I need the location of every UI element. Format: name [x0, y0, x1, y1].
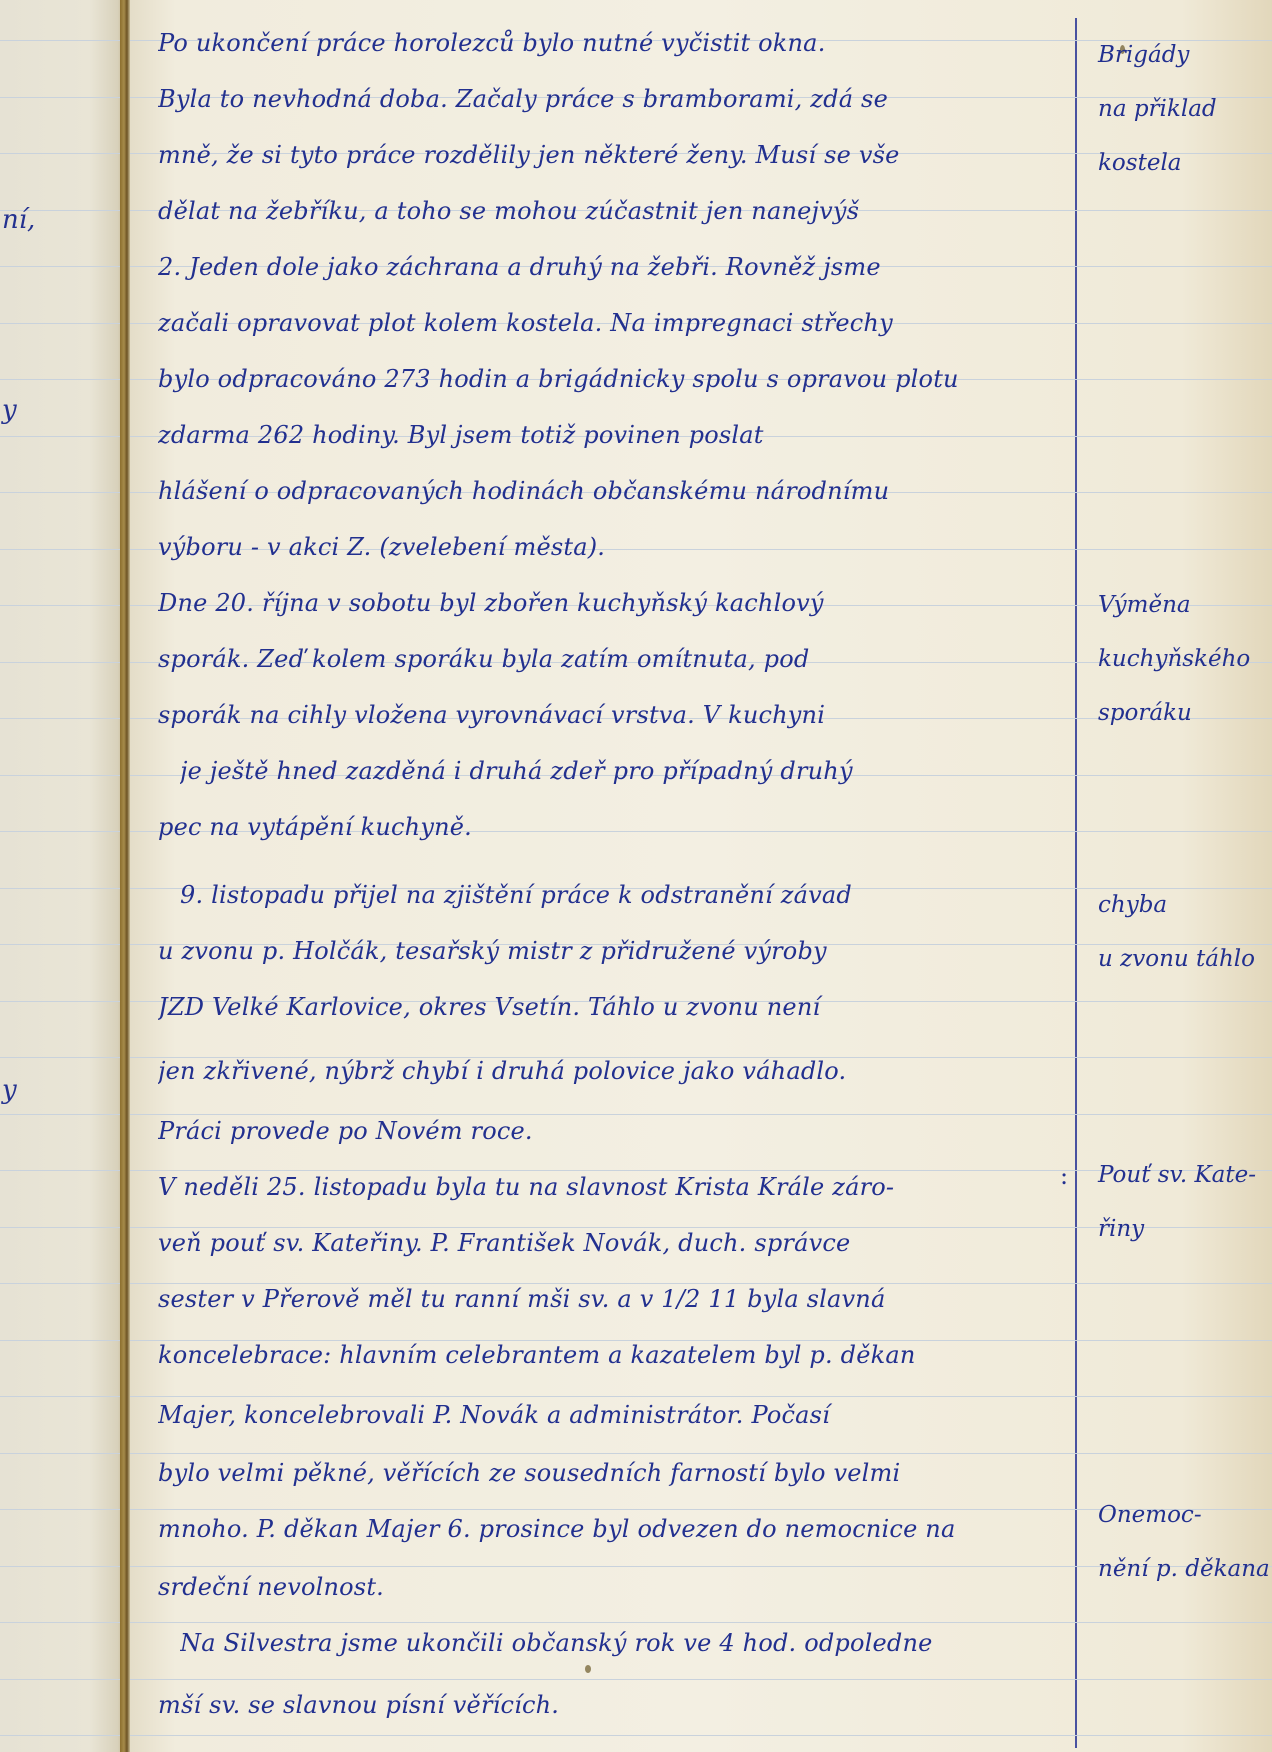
- chronicle-text-line: srdeční nevolnost.: [158, 1572, 1063, 1602]
- ruled-line: [130, 1679, 1272, 1680]
- ruled-line: [0, 436, 128, 437]
- facing-page: ní,yy: [0, 0, 128, 1752]
- chronicle-text-line: V neděli 25. listopadu byla tu na slavno…: [158, 1172, 1063, 1202]
- ruled-line: [0, 1566, 128, 1567]
- ruled-line: [0, 944, 128, 945]
- margin-note-line: Výměna: [1098, 590, 1268, 620]
- ruled-line: [0, 153, 128, 154]
- margin-note-line: Brigády: [1098, 40, 1268, 70]
- chronicle-text-line: sporák na cihly vložena vyrovnávací vrst…: [158, 700, 1063, 730]
- ruled-line: [0, 1622, 128, 1623]
- chronicle-text-line: Byla to nevhodná doba. Začaly práce s br…: [158, 84, 1063, 114]
- chronicle-text-line: Dne 20. října v sobotu byl zbořen kuchyň…: [158, 588, 1063, 618]
- facing-page-text-fragment: y: [2, 395, 17, 425]
- chronicle-text-line: 9. listopadu přijel na zjištění práce k …: [180, 880, 1063, 910]
- ruled-line: [0, 1396, 128, 1397]
- chronicle-text-line: hlášení o odpracovaných hodinách občansk…: [158, 476, 1063, 506]
- margin-note-line: na přiklad: [1098, 94, 1268, 124]
- ruled-line: [0, 1057, 128, 1058]
- ruled-line: [130, 1735, 1272, 1736]
- ruled-line: [0, 1114, 128, 1115]
- ruled-line: [0, 718, 128, 719]
- ruled-line: [0, 549, 128, 550]
- ruled-line: [0, 379, 128, 380]
- book-gutter: [120, 0, 130, 1752]
- ruled-line: [0, 1170, 128, 1171]
- ruled-line: [0, 1227, 128, 1228]
- margin-note-line: sporáku: [1098, 698, 1268, 728]
- ruled-line: [0, 1283, 128, 1284]
- chronicle-text-line: dělat na žebříku, a toho se mohou zúčast…: [158, 196, 1063, 226]
- margin-note-line: u zvonu táhlo: [1098, 944, 1268, 974]
- chronicle-text-line: Po ukončení práce horolezců bylo nutné v…: [158, 28, 1063, 58]
- chronicle-text-line: mně, že si tyto práce rozdělily jen někt…: [158, 140, 1063, 170]
- chronicle-text-line: veň pouť sv. Kateřiny. P. František Nová…: [158, 1228, 1063, 1258]
- margin-note-line: kostela: [1098, 148, 1268, 178]
- ruled-line: [0, 831, 128, 832]
- chronicle-text-line: je ještě hned zazděná i druhá zdeř pro p…: [180, 756, 1063, 786]
- ruled-line: [130, 1114, 1272, 1115]
- ruled-line: [130, 1396, 1272, 1397]
- margin-note-line: Onemoc-: [1098, 1500, 1268, 1530]
- facing-page-text-fragment: y: [2, 1075, 17, 1105]
- chronicle-text-line: sester v Přerově měl tu ranní mši sv. a …: [158, 1284, 1063, 1314]
- ruled-line: [130, 1622, 1272, 1623]
- ruled-line: [0, 662, 128, 663]
- chronicle-text-line: sporák. Zeď kolem sporáku byla zatím omí…: [158, 644, 1063, 674]
- ruled-line: [0, 1735, 128, 1736]
- ruled-line: [0, 1509, 128, 1510]
- chronicle-text-line: koncelebrace: hlavním celebrantem a kaza…: [158, 1340, 1063, 1370]
- facing-page-text-fragment: ní,: [2, 205, 35, 235]
- chronicle-text-line: pec na vytápění kuchyně.: [158, 812, 1063, 842]
- ruled-line: [0, 605, 128, 606]
- ruled-line: [0, 1340, 128, 1341]
- ruled-line: [130, 1453, 1272, 1454]
- margin-note-line: nění p. děkana: [1098, 1554, 1268, 1584]
- chronicle-text-line: zdarma 262 hodiny. Byl jsem totiž povine…: [158, 420, 1063, 450]
- chronicle-text-line: u zvonu p. Holčák, tesařský mistr z přid…: [158, 936, 1063, 966]
- chronicle-text-line: bylo velmi pěkné, věřících ze sousedních…: [158, 1458, 1063, 1488]
- chronicle-text-line: JZD Velké Karlovice, okres Vsetín. Táhlo…: [158, 992, 1063, 1022]
- chronicle-text-line: Na Silvestra jsme ukončili občanský rok …: [180, 1628, 1063, 1658]
- ink-spot: [585, 1665, 591, 1673]
- ruled-line: [0, 1001, 128, 1002]
- chronicle-text-line: bylo odpracováno 273 hodin a brigádnicky…: [158, 364, 1063, 394]
- chronicle-text-line: začali opravovat plot kolem kostela. Na …: [158, 308, 1063, 338]
- ruled-line: [0, 323, 128, 324]
- chronicle-page: : Po ukončení práce horolezců bylo nutné…: [130, 0, 1272, 1752]
- ruled-line: [0, 40, 128, 41]
- margin-divider-line: [1075, 18, 1077, 1748]
- ruled-line: [0, 1679, 128, 1680]
- ruled-line: [0, 888, 128, 889]
- ruled-line: [0, 1453, 128, 1454]
- chronicle-text-line: mnoho. P. děkan Majer 6. prosince byl od…: [158, 1514, 1063, 1544]
- margin-note-line: chyba: [1098, 890, 1268, 920]
- chronicle-text-line: 2. Jeden dole jako záchrana a druhý na ž…: [158, 252, 1063, 282]
- chronicle-text-line: Majer, koncelebrovali P. Novák a adminis…: [158, 1400, 1063, 1430]
- chronicle-text-line: mší sv. se slavnou písní věřících.: [158, 1690, 1063, 1720]
- chronicle-text-line: jen zkřivené, nýbrž chybí i druhá polovi…: [158, 1056, 1063, 1086]
- margin-note-line: Pouť sv. Kate-: [1098, 1160, 1268, 1190]
- ruled-line: [0, 492, 128, 493]
- ruled-line: [0, 97, 128, 98]
- ruled-line: [0, 775, 128, 776]
- ruled-line: [0, 266, 128, 267]
- margin-note-line: kuchyňského: [1098, 644, 1268, 674]
- chronicle-text-line: výboru - v akci Z. (zvelebení města).: [158, 532, 1063, 562]
- margin-note-line: řiny: [1098, 1214, 1268, 1244]
- chronicle-text-line: Práci provede po Novém roce.: [158, 1116, 1063, 1146]
